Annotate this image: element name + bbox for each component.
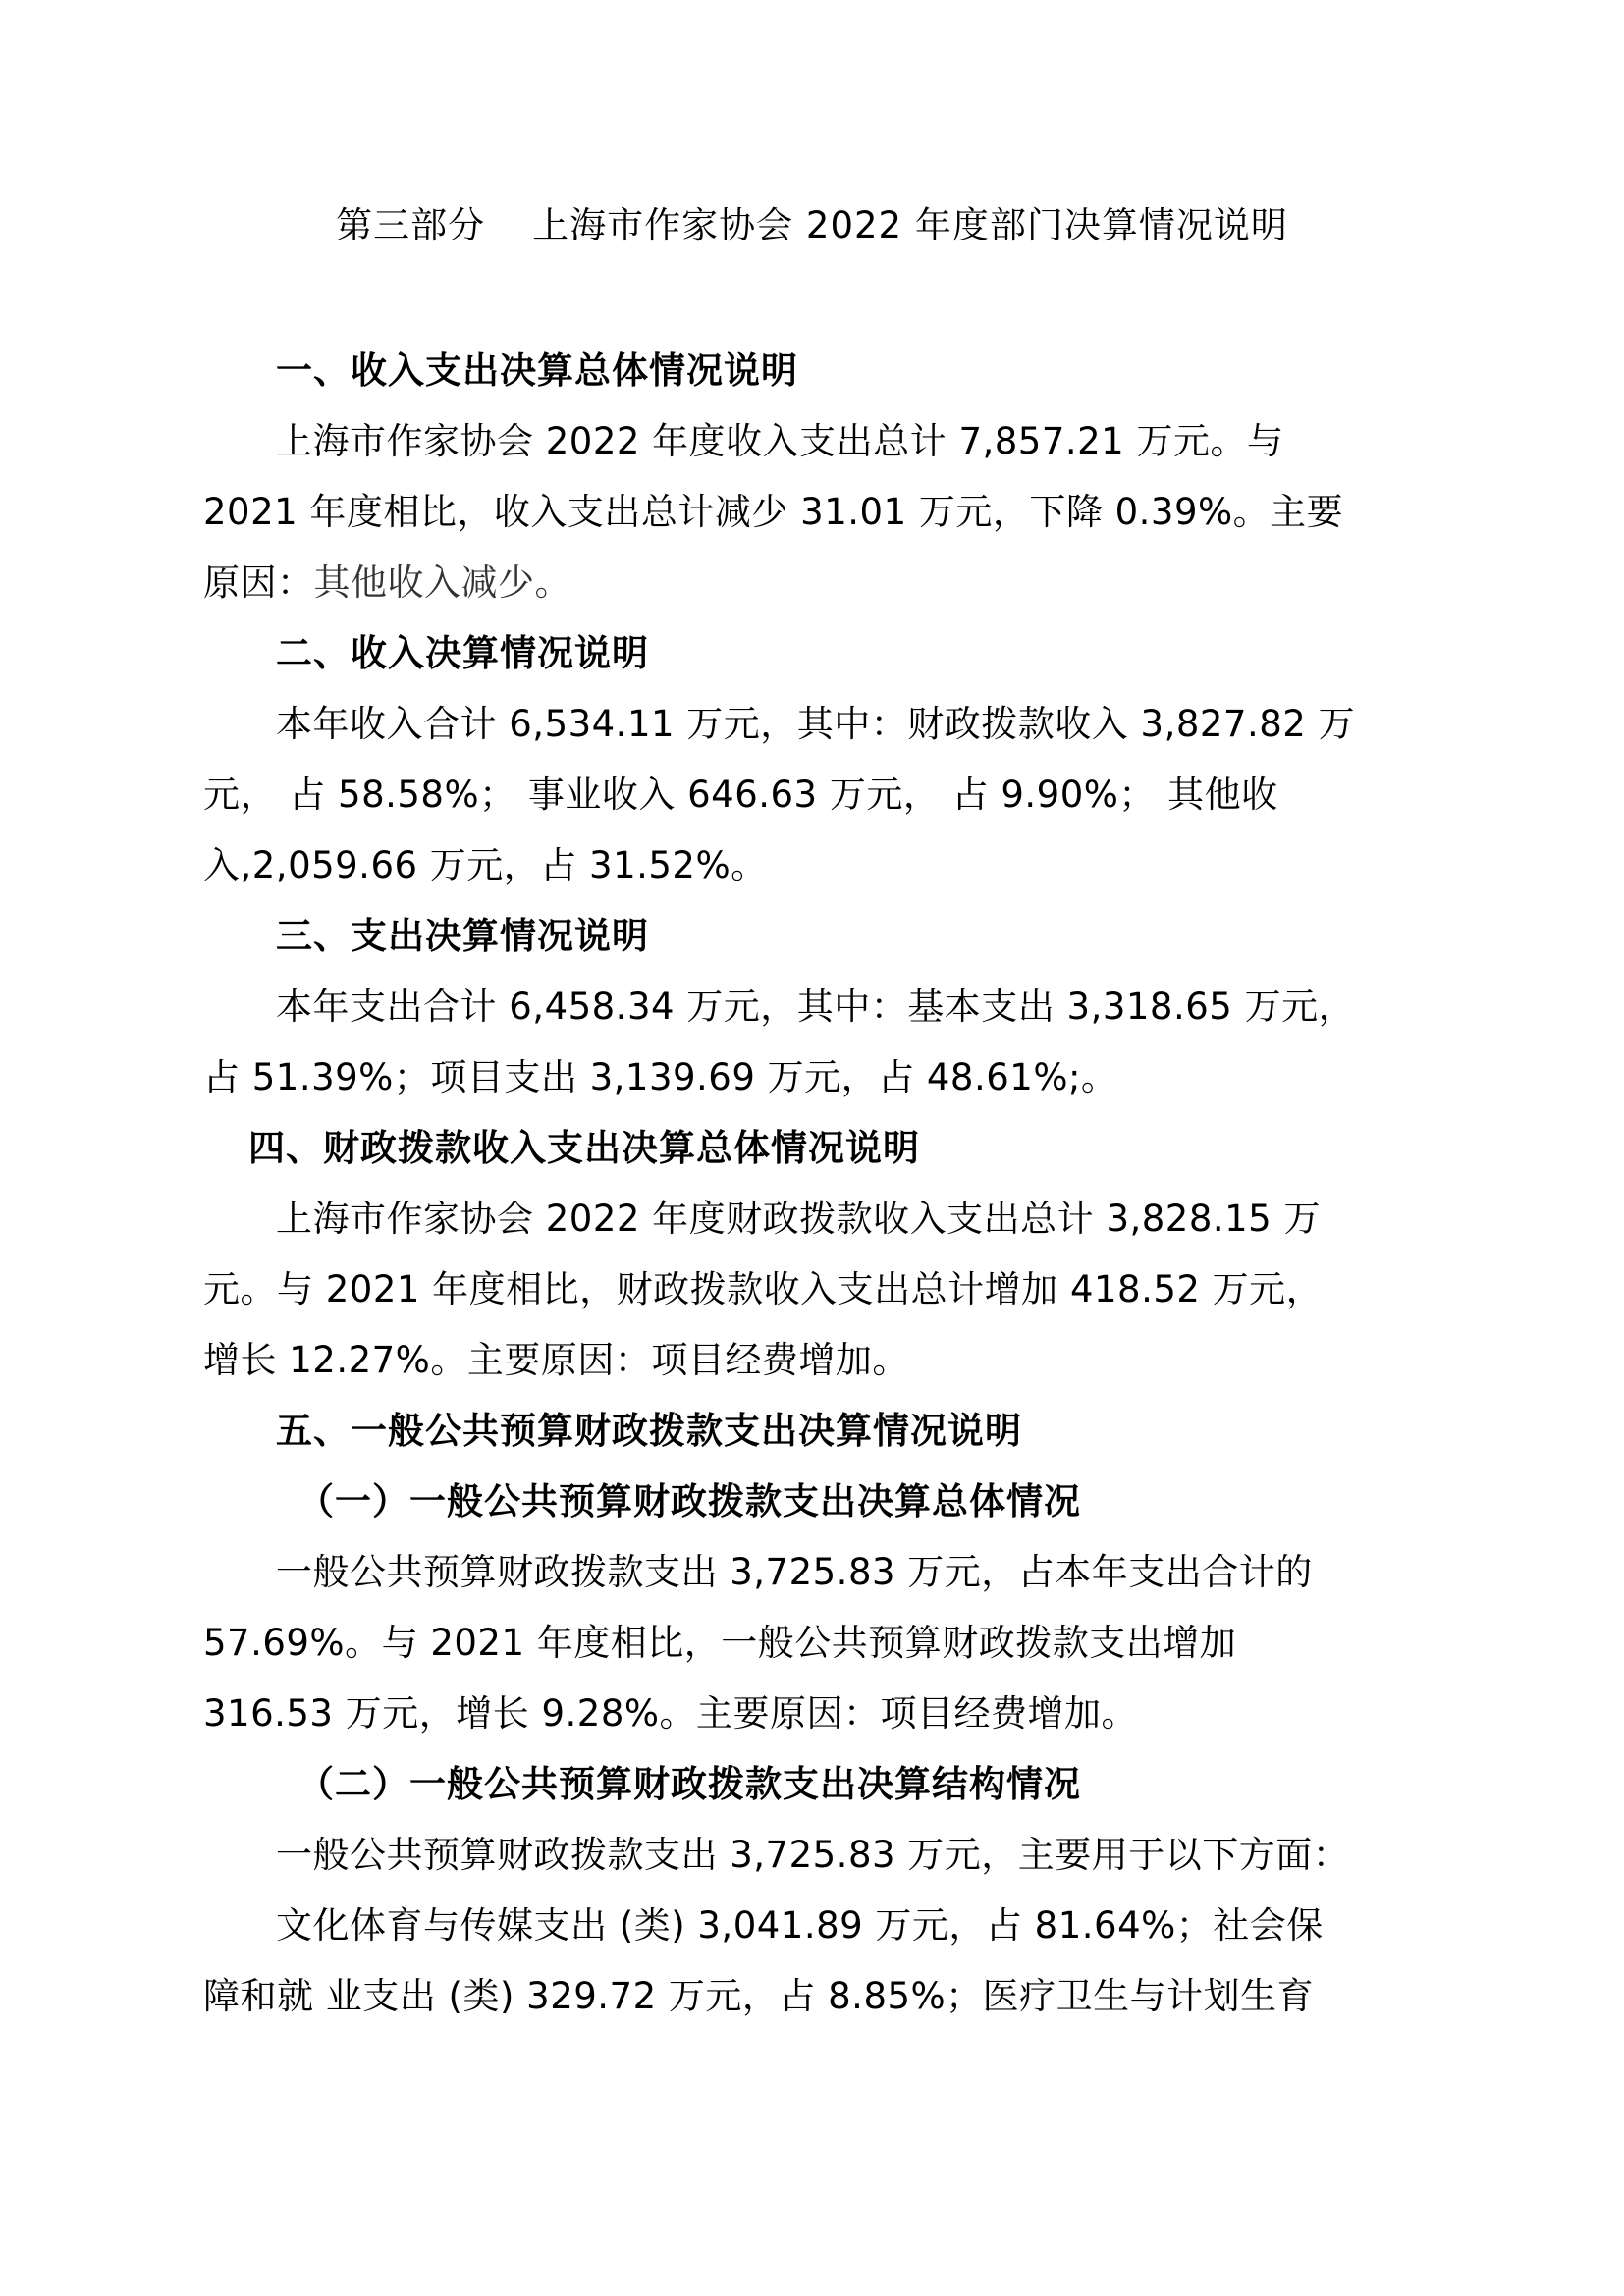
subsection-heading: （二）一般公共预算财政拨款支出决算结构情况	[203, 1749, 1431, 1820]
paragraph-line: 上海市作家协会 2022 年度财政拨款收入支出总计 3,828.15 万	[131, 1184, 1431, 1255]
paragraph-line: 一般公共预算财政拨款支出 3,725.83 万元，主要用于以下方面：	[131, 1820, 1431, 1891]
section-heading: 二、收入决算情况说明	[203, 618, 1431, 689]
section-2: 二、收入决算情况说明 本年收入合计 6,534.11 万元，其中：财政拨款收入 …	[203, 618, 1431, 901]
page-title: 第三部分上海市作家协会 2022 年度部门决算情况说明	[0, 196, 1624, 255]
section-paragraph: 本年支出合计 6,458.34 万元，其中：基本支出 3,318.65 万元， …	[203, 972, 1431, 1113]
paragraph-line: 入,2,059.66 万元，占 31.52%。	[131, 830, 1431, 901]
section-paragraph: 上海市作家协会 2022 年度收入支出总计 7,857.21 万元。与 2021…	[203, 406, 1431, 618]
paragraph-line: 本年收入合计 6,534.11 万元，其中：财政拨款收入 3,827.82 万	[131, 689, 1431, 760]
paragraph-line: 元。与 2021 年度相比，财政拨款收入支出总计增加 418.52 万元，	[131, 1255, 1431, 1325]
subsection-paragraph: 一般公共预算财政拨款支出 3,725.83 万元，占本年支出合计的 57.69%…	[203, 1537, 1431, 1749]
paragraph-line: 2021 年度相比，收入支出总计减少 31.01 万元，下降 0.39%。主要	[131, 477, 1431, 548]
paragraph-line: 其他收入减少。	[314, 561, 572, 604]
section-heading: 四、财政拨款收入支出决算总体情况说明	[203, 1113, 1431, 1184]
paragraph-line: 上海市作家协会 2022 年度收入支出总计 7,857.21 万元。与	[131, 406, 1431, 477]
title-main: 上海市作家协会 2022 年度部门决算情况说明	[532, 204, 1288, 246]
section-3: 三、支出决算情况说明 本年支出合计 6,458.34 万元，其中：基本支出 3,…	[203, 901, 1431, 1113]
subsection-heading: （一）一般公共预算财政拨款支出决算总体情况	[203, 1467, 1431, 1537]
paragraph-line: 316.53 万元，增长 9.28%。主要原因：项目经费增加。	[131, 1679, 1431, 1749]
section-1: 一、收入支出决算总体情况说明 上海市作家协会 2022 年度收入支出总计 7,8…	[203, 336, 1431, 618]
section-paragraph: 本年收入合计 6,534.11 万元，其中：财政拨款收入 3,827.82 万 …	[203, 689, 1431, 901]
paragraph-line: 原因：	[203, 561, 314, 604]
section-paragraph: 上海市作家协会 2022 年度财政拨款收入支出总计 3,828.15 万 元。与…	[203, 1184, 1431, 1396]
paragraph-line: 障和就 业支出 (类) 329.72 万元，占 8.85%；医疗卫生与计划生育	[131, 1961, 1431, 2032]
paragraph-line: 本年支出合计 6,458.34 万元，其中：基本支出 3,318.65 万元，	[131, 972, 1431, 1042]
document-page: 第三部分上海市作家协会 2022 年度部门决算情况说明 一、收入支出决算总体情况…	[0, 0, 1624, 2296]
paragraph-line: 占 51.39%；项目支出 3,139.69 万元，占 48.61%;。	[131, 1042, 1431, 1113]
paragraph-line: 57.69%。与 2021 年度相比，一般公共预算财政拨款支出增加	[131, 1608, 1431, 1679]
title-part: 第三部分	[336, 204, 485, 246]
paragraph-line: 元， 占 58.58%； 事业收入 646.63 万元， 占 9.90%； 其他…	[131, 760, 1431, 830]
section-heading: 五、一般公共预算财政拨款支出决算情况说明	[203, 1396, 1431, 1467]
subsection-paragraph: 一般公共预算财政拨款支出 3,725.83 万元，主要用于以下方面： 文化体育与…	[203, 1820, 1431, 2032]
section-4: 四、财政拨款收入支出决算总体情况说明 上海市作家协会 2022 年度财政拨款收入…	[203, 1113, 1431, 1396]
paragraph-line: 文化体育与传媒支出 (类) 3,041.89 万元，占 81.64%；社会保	[131, 1891, 1431, 1961]
paragraph-line: 一般公共预算财政拨款支出 3,725.83 万元，占本年支出合计的	[131, 1537, 1431, 1608]
paragraph-line: 增长 12.27%。主要原因：项目经费增加。	[131, 1325, 1431, 1396]
section-5: 五、一般公共预算财政拨款支出决算情况说明 （一）一般公共预算财政拨款支出决算总体…	[203, 1396, 1431, 2032]
section-heading: 一、收入支出决算总体情况说明	[203, 336, 1431, 406]
section-heading: 三、支出决算情况说明	[203, 901, 1431, 972]
